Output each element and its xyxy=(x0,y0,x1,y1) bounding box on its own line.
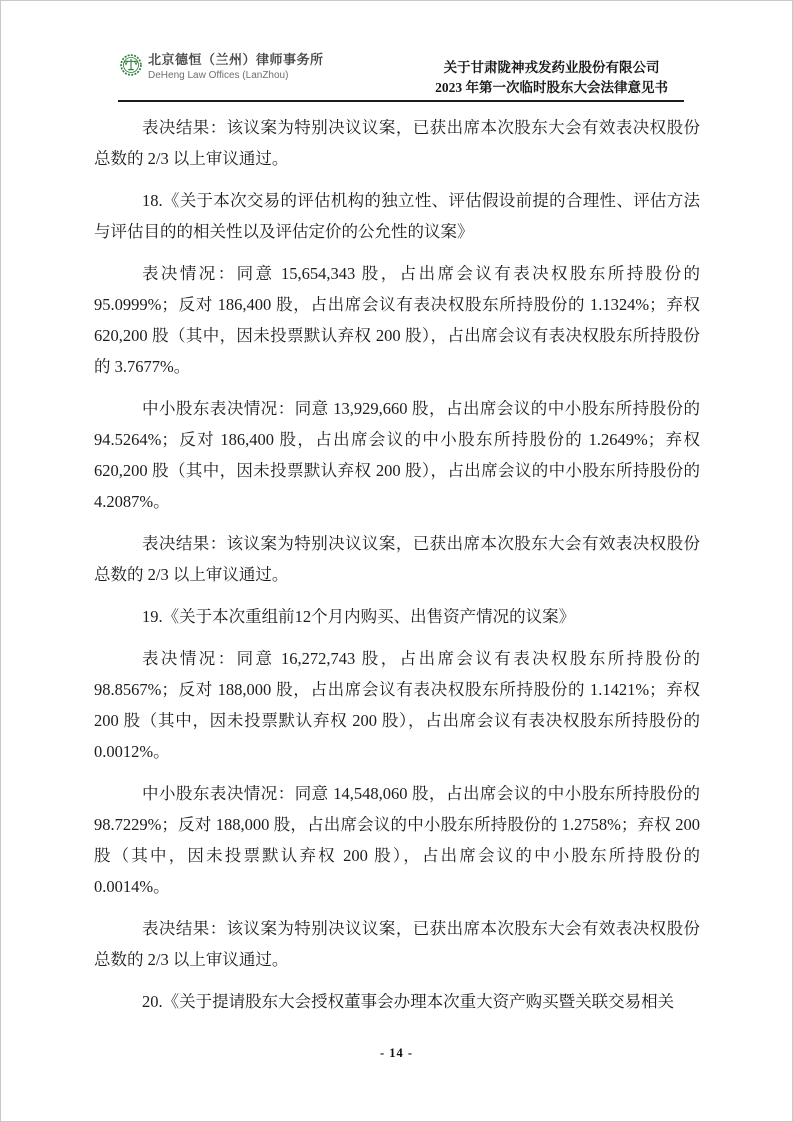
header-rule xyxy=(118,100,684,102)
scales-of-justice-logo-icon xyxy=(120,54,142,76)
law-firm-brand: 北京德恒（兰州）律师事务所 DeHeng Law Offices (LanZho… xyxy=(120,52,324,82)
page-number: - 14 - xyxy=(380,1046,413,1060)
document-title-line2: 2023 年第一次临时股东大会法律意见书 xyxy=(435,78,668,98)
proposal-item-paragraph: 18.《关于本次交易的评估机构的独立性、评估假设前提的合理性、评估方法与评估目的… xyxy=(94,185,700,247)
document-title: 关于甘肃陇神戎发药业股份有限公司 2023 年第一次临时股东大会法律意见书 xyxy=(435,58,668,97)
proposal-item-paragraph: 20.《关于提请股东大会授权董事会办理本次重大资产购买暨关联交易相关 xyxy=(94,986,700,1017)
document-title-line1: 关于甘肃陇神戎发药业股份有限公司 xyxy=(435,58,668,78)
document-page: 北京德恒（兰州）律师事务所 DeHeng Law Offices (LanZho… xyxy=(0,0,793,1122)
minority-vote-detail-paragraph: 中小股东表决情况：同意 13,929,660 股，占出席会议的中小股东所持股份的… xyxy=(94,393,700,517)
vote-result-paragraph: 表决结果：该议案为特别决议议案，已获出席本次股东大会有效表决权股份总数的 2/3… xyxy=(94,528,700,590)
document-body: 表决结果：该议案为特别决议议案，已获出席本次股东大会有效表决权股份总数的 2/3… xyxy=(94,112,700,1028)
minority-vote-detail-paragraph: 中小股东表决情况：同意 14,548,060 股，占出席会议的中小股东所持股份的… xyxy=(94,778,700,902)
vote-result-paragraph: 表决结果：该议案为特别决议议案，已获出席本次股东大会有效表决权股份总数的 2/3… xyxy=(94,112,700,174)
firm-name-english: DeHeng Law Offices (LanZhou) xyxy=(148,69,324,82)
firm-name-block: 北京德恒（兰州）律师事务所 DeHeng Law Offices (LanZho… xyxy=(148,52,324,82)
page-footer: - 14 - xyxy=(1,1046,792,1061)
vote-detail-paragraph: 表决情况：同意 15,654,343 股，占出席会议有表决权股东所持股份的 95… xyxy=(94,258,700,382)
firm-name-chinese: 北京德恒（兰州）律师事务所 xyxy=(148,52,324,67)
proposal-item-paragraph: 19.《关于本次重组前12个月内购买、出售资产情况的议案》 xyxy=(94,601,700,632)
vote-result-paragraph: 表决结果：该议案为特别决议议案，已获出席本次股东大会有效表决权股份总数的 2/3… xyxy=(94,913,700,975)
vote-detail-paragraph: 表决情况：同意 16,272,743 股，占出席会议有表决权股东所持股份的 98… xyxy=(94,643,700,767)
